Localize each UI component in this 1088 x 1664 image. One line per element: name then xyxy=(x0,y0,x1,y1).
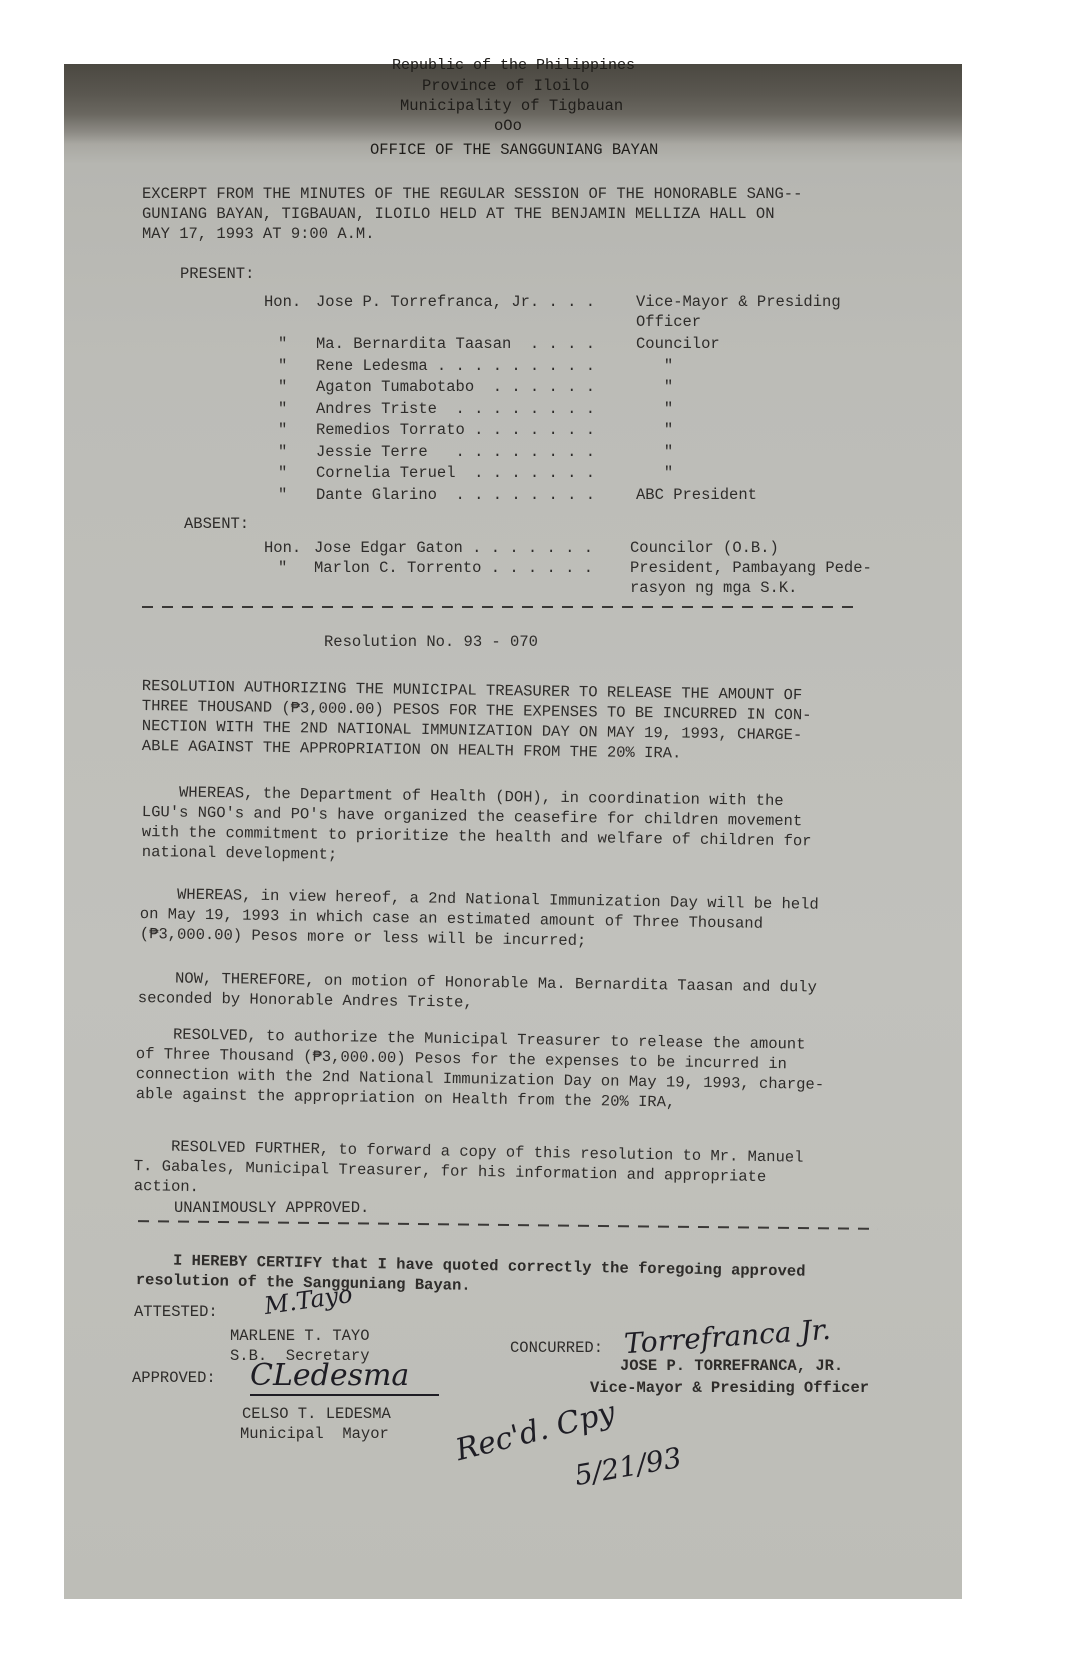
absent-label: ABSENT: xyxy=(184,514,249,534)
present-label: PRESENT: xyxy=(180,264,254,284)
approved-signature: CLedesma xyxy=(250,1358,439,1396)
concurred-name: JOSE P. TORREFRANCA, JR. xyxy=(620,1356,843,1376)
header-republic: Republic of the Philippines xyxy=(392,56,635,76)
attendee-name: Ma. Bernardita Taasan . . . . xyxy=(316,334,595,354)
divider xyxy=(138,1220,878,1230)
attendee-name: Agaton Tumabotabo . . . . . . xyxy=(316,377,595,397)
header-ornament: oOo xyxy=(494,116,522,136)
absent-role: President, Pambayang Pede- xyxy=(630,558,872,578)
excerpt-line: MAY 17, 1993 AT 9:00 A.M. xyxy=(142,224,375,244)
absent-role-continued: rasyon ng mga S.K. xyxy=(630,578,797,598)
attendee-prefix: " xyxy=(278,442,287,462)
attendee-prefix: " xyxy=(278,420,287,440)
attendee-prefix: " xyxy=(278,377,287,397)
concurred-signature: Torrefranca Jr. xyxy=(623,1313,832,1360)
attendee-prefix: " xyxy=(278,463,287,483)
concurred-title: Vice-Mayor & Presiding Officer xyxy=(590,1378,869,1398)
resolution-number: Resolution No. 93 - 070 xyxy=(324,632,538,652)
attendee-role: ABC President xyxy=(636,485,757,505)
absent-name: Marlon C. Torrento . . . . . . xyxy=(314,558,593,578)
attested-label: ATTESTED: xyxy=(134,1302,218,1322)
approved-title: Municipal Mayor xyxy=(240,1424,389,1444)
attendee-prefix: " xyxy=(278,485,287,505)
header-municipality: Municipality of Tigbauan xyxy=(400,96,623,116)
resolved_further-line: action. xyxy=(134,1176,199,1197)
unanimously-approved: UNANIMOUSLY APPROVED. xyxy=(174,1198,369,1218)
attendee-role: " xyxy=(636,399,673,419)
absent-prefix: Hon. xyxy=(264,538,301,558)
approved-name: CELSO T. LEDESMA xyxy=(242,1404,391,1424)
attendee-prefix: " xyxy=(278,334,287,354)
divider xyxy=(142,606,862,608)
attendee-role: Vice-Mayor & Presiding xyxy=(636,292,841,312)
attendee-role: " xyxy=(636,356,673,376)
concurred-label: CONCURRED: xyxy=(510,1338,603,1358)
attendee-prefix: " xyxy=(278,399,287,419)
absent-name: Jose Edgar Gaton . . . . . . . xyxy=(314,538,593,558)
attendee-role: " xyxy=(636,442,673,462)
now_therefore-line: seconded by Honorable Andres Triste, xyxy=(138,988,473,1013)
header-province: Province of Iloilo xyxy=(422,76,589,96)
attendee-name: Rene Ledesma . . . . . . . . . xyxy=(316,356,595,376)
approved-label: APPROVED: xyxy=(132,1368,216,1388)
excerpt-line: GUNIANG BAYAN, TIGBAUAN, ILOILO HELD AT … xyxy=(142,204,775,224)
attested-name: MARLENE T. TAYO xyxy=(230,1326,370,1346)
attendee-role: Councilor xyxy=(636,334,720,354)
whereas1-line: national development; xyxy=(142,842,338,865)
attendee-name: Remedios Torrato . . . . . . . xyxy=(316,420,595,440)
received-date: 5/21/93 xyxy=(572,1441,684,1492)
attendee-role: " xyxy=(636,420,673,440)
header-office: OFFICE OF THE SANGGUNIANG BAYAN xyxy=(370,140,658,160)
excerpt-line: EXCERPT FROM THE MINUTES OF THE REGULAR … xyxy=(142,184,802,204)
attendee-prefix: Hon. xyxy=(264,292,301,312)
attendee-prefix: " xyxy=(278,356,287,376)
attendee-role: " xyxy=(636,377,673,397)
attendee-name: Jose P. Torrefranca, Jr. . . . xyxy=(316,292,595,312)
attendee-name: Dante Glarino . . . . . . . . xyxy=(316,485,595,505)
attendee-name: Cornelia Teruel . . . . . . . xyxy=(316,463,595,483)
attendee-role: " xyxy=(636,463,673,483)
absent-role: Councilor (O.B.) xyxy=(630,538,779,558)
absent-prefix: " xyxy=(278,558,287,578)
attendee-name: Andres Triste . . . . . . . . xyxy=(316,399,595,419)
attendee-name: Jessie Terre . . . . . . . . xyxy=(316,442,595,462)
attendee-role-continued: Officer xyxy=(636,312,701,332)
document-page: Republic of the Philippines Province of … xyxy=(64,64,962,1599)
